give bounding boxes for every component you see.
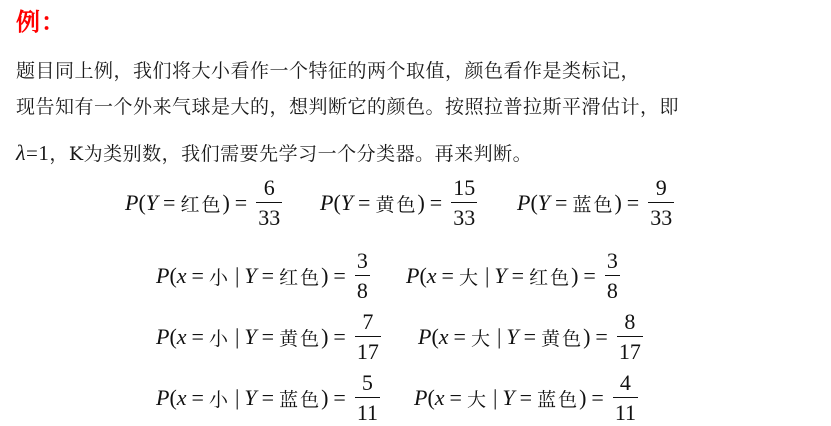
p-symbol: P <box>125 190 138 216</box>
prior-red-formula: P(Y=红色)= 633 <box>125 177 282 229</box>
equals-sign: = <box>583 263 595 289</box>
paren-close: ) <box>614 190 621 216</box>
fraction: 633 <box>256 177 282 229</box>
class-label: 红色 <box>279 263 321 290</box>
fraction: 933 <box>648 177 674 229</box>
cond-small-yellow-formula: P(x=小|Y=黄色)= 717 <box>156 311 381 363</box>
numerator: 7 <box>360 311 375 336</box>
class-label: 红色 <box>529 263 571 290</box>
p-symbol: P <box>418 324 431 350</box>
class-label: 蓝色 <box>537 385 579 412</box>
paren-open: ( <box>530 190 537 216</box>
cond-small-blue-formula: P(x=小|Y=蓝色)= 511 <box>156 372 380 424</box>
paren-close: ) <box>417 190 424 216</box>
paren-open: ( <box>333 190 340 216</box>
cond-large-blue-formula: P(x=大|Y=蓝色)= 411 <box>414 372 638 424</box>
paren-open: ( <box>169 263 176 289</box>
given-bar: | <box>235 263 239 289</box>
numerator: 3 <box>355 250 370 275</box>
equals-sign: = <box>262 385 274 411</box>
equals-sign: = <box>454 324 466 350</box>
paragraph-line-2: 现告知有一个外来气球是大的，想判断它的颜色。按照拉普拉斯平滑估计，即 <box>16 95 679 119</box>
p-symbol: P <box>156 263 169 289</box>
prior-yellow-formula: P(Y=黄色)= 1533 <box>320 177 477 229</box>
paren-open: ( <box>419 263 426 289</box>
equals-sign: = <box>333 385 345 411</box>
equals-sign: = <box>358 190 370 216</box>
x-symbol: x <box>177 324 187 350</box>
equals-sign: = <box>163 190 175 216</box>
cond-large-red-formula: P(x=大|Y=红色)= 38 <box>406 250 620 302</box>
cond-small-red-formula: P(x=小|Y=红色)= 38 <box>156 250 370 302</box>
class-label: 蓝色 <box>572 190 614 217</box>
class-label: 红色 <box>180 190 222 217</box>
feature-value: 小 <box>209 385 230 412</box>
denominator: 17 <box>617 337 643 363</box>
equals-sign: = <box>512 263 524 289</box>
equals-sign: = <box>591 385 603 411</box>
feature-value: 小 <box>209 263 230 290</box>
y-symbol: Y <box>146 190 158 216</box>
denominator: 11 <box>613 398 638 424</box>
equals-sign: = <box>192 385 204 411</box>
p-symbol: P <box>406 263 419 289</box>
numerator: 3 <box>605 250 620 275</box>
equals-sign: = <box>524 324 536 350</box>
equals-sign: = <box>262 263 274 289</box>
prior-blue-formula: P(Y=蓝色)= 933 <box>517 177 674 229</box>
p-symbol: P <box>156 324 169 350</box>
paragraph-line-1: 题目同上例，我们将大小看作一个特征的两个取值，颜色看作是类标记， <box>16 59 640 83</box>
denominator: 17 <box>355 337 381 363</box>
x-symbol: x <box>427 263 437 289</box>
paren-open: ( <box>169 385 176 411</box>
paren-close: ) <box>583 324 590 350</box>
equals-sign: = <box>333 263 345 289</box>
denominator: 33 <box>648 203 674 229</box>
paren-close: ) <box>321 385 328 411</box>
paren-open: ( <box>431 324 438 350</box>
class-label: 蓝色 <box>279 385 321 412</box>
denominator: 33 <box>256 203 282 229</box>
example-title: 例： <box>16 2 66 37</box>
numerator: 15 <box>451 177 477 202</box>
paren-close: ) <box>321 263 328 289</box>
x-symbol: x <box>435 385 445 411</box>
x-symbol: x <box>439 324 449 350</box>
fraction: 717 <box>355 311 381 363</box>
equals-sign: = <box>520 385 532 411</box>
paragraph-line-3-text: ，K为类别数，我们需要先学习一个分类器。再来判断。 <box>49 143 532 165</box>
class-label: 黄色 <box>541 324 583 351</box>
paren-close: ) <box>579 385 586 411</box>
cond-large-yellow-formula: P(x=大|Y=黄色)= 817 <box>418 311 643 363</box>
fraction: 1533 <box>451 177 477 229</box>
x-symbol: x <box>177 385 187 411</box>
given-bar: | <box>235 385 239 411</box>
equals-sign: = <box>235 190 247 216</box>
equals-sign: = <box>555 190 567 216</box>
equals-sign: = <box>333 324 345 350</box>
y-symbol: Y <box>341 190 353 216</box>
equals-sign: = <box>192 263 204 289</box>
p-symbol: P <box>517 190 530 216</box>
y-symbol: Y <box>506 324 518 350</box>
paren-close: ) <box>571 263 578 289</box>
numerator: 5 <box>360 372 375 397</box>
denominator: 8 <box>605 276 620 302</box>
p-symbol: P <box>156 385 169 411</box>
feature-value: 大 <box>471 324 492 351</box>
denominator: 8 <box>355 276 370 302</box>
y-symbol: Y <box>538 190 550 216</box>
feature-value: 小 <box>209 324 230 351</box>
paren-open: ( <box>138 190 145 216</box>
paren-open: ( <box>427 385 434 411</box>
paren-open: ( <box>169 324 176 350</box>
denominator: 11 <box>355 398 380 424</box>
lambda-value: =1 <box>26 141 49 165</box>
y-symbol: Y <box>244 263 256 289</box>
fraction: 817 <box>617 311 643 363</box>
numerator: 6 <box>262 177 277 202</box>
paren-close: ) <box>222 190 229 216</box>
equals-sign: = <box>192 324 204 350</box>
equals-sign: = <box>442 263 454 289</box>
y-symbol: Y <box>244 324 256 350</box>
given-bar: | <box>485 263 489 289</box>
numerator: 8 <box>622 311 637 336</box>
equals-sign: = <box>627 190 639 216</box>
equals-sign: = <box>595 324 607 350</box>
equals-sign: = <box>262 324 274 350</box>
given-bar: | <box>235 324 239 350</box>
y-symbol: Y <box>502 385 514 411</box>
paragraph-line-3: λ=1，K为类别数，我们需要先学习一个分类器。再来判断。 <box>16 141 532 166</box>
class-label: 黄色 <box>375 190 417 217</box>
fraction: 511 <box>355 372 380 424</box>
fraction: 411 <box>613 372 638 424</box>
y-symbol: Y <box>244 385 256 411</box>
numerator: 9 <box>654 177 669 202</box>
fraction: 38 <box>605 250 620 302</box>
p-symbol: P <box>320 190 333 216</box>
equals-sign: = <box>450 385 462 411</box>
y-symbol: Y <box>494 263 506 289</box>
equals-sign: = <box>430 190 442 216</box>
numerator: 4 <box>618 372 633 397</box>
denominator: 33 <box>451 203 477 229</box>
given-bar: | <box>497 324 501 350</box>
class-label: 黄色 <box>279 324 321 351</box>
fraction: 38 <box>355 250 370 302</box>
feature-value: 大 <box>459 263 480 290</box>
feature-value: 大 <box>467 385 488 412</box>
x-symbol: x <box>177 263 187 289</box>
lambda-symbol: λ <box>16 140 26 165</box>
given-bar: | <box>493 385 497 411</box>
paren-close: ) <box>321 324 328 350</box>
p-symbol: P <box>414 385 427 411</box>
